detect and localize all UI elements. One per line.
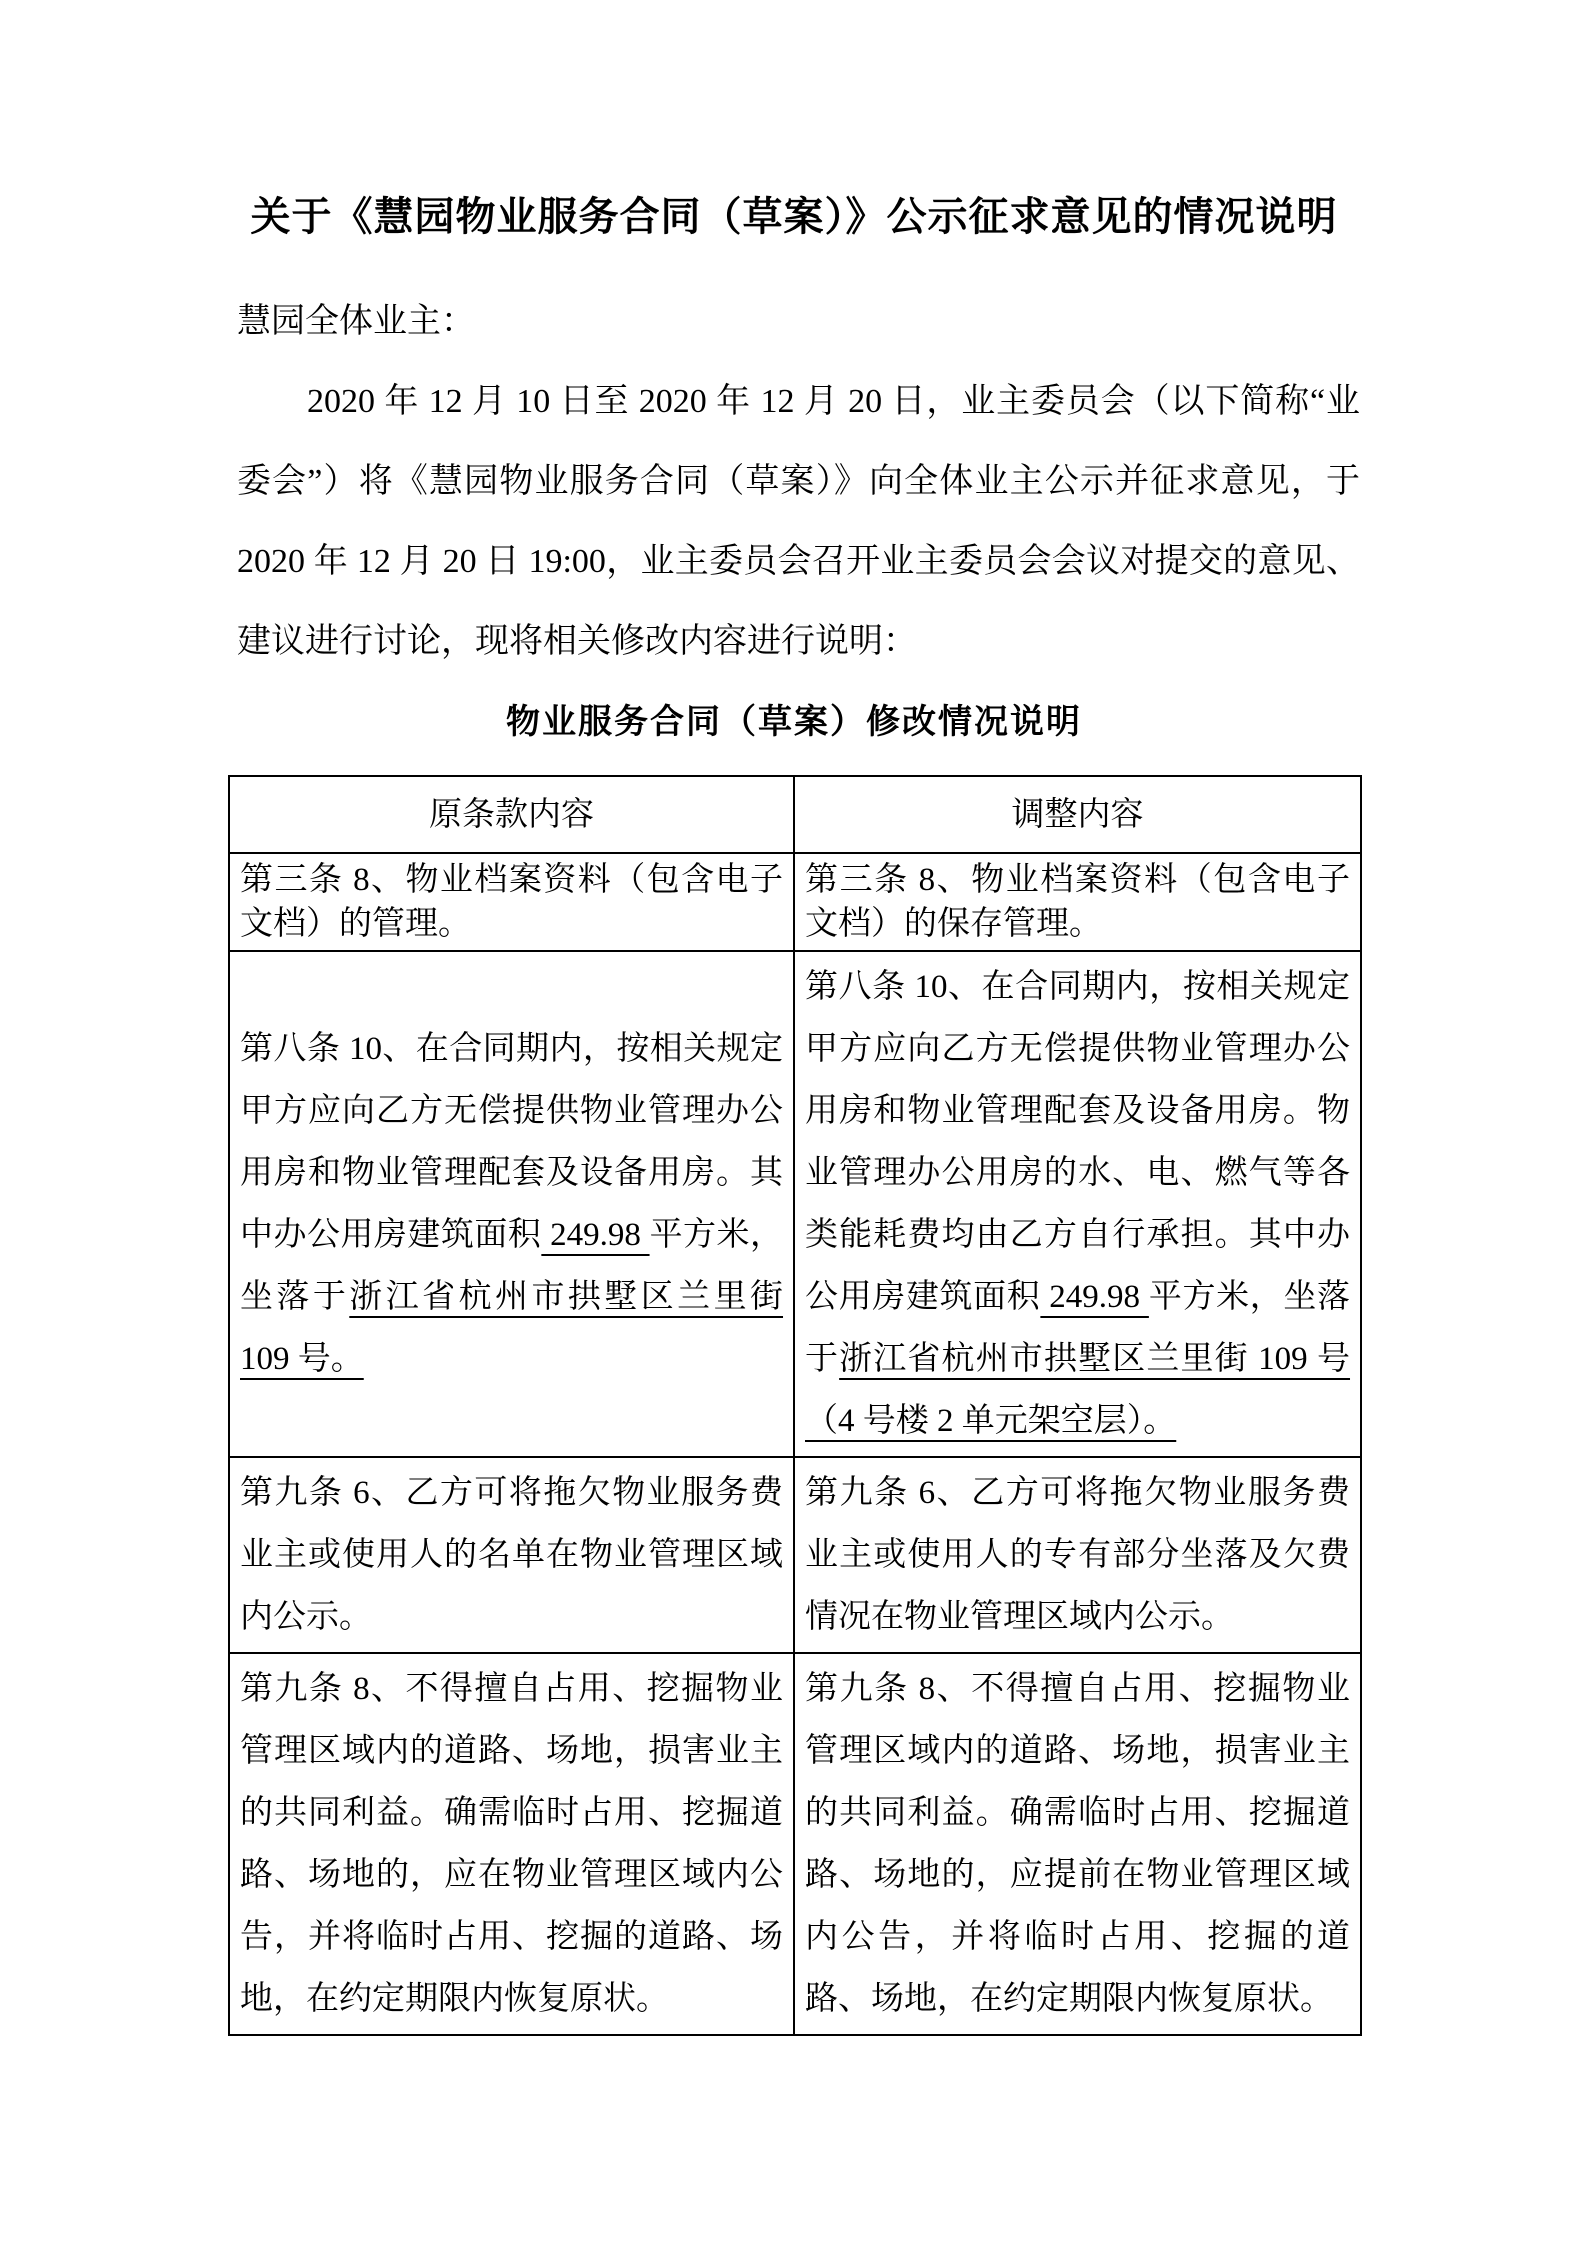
document-title: 关于《慧园物业服务合同（草案）》公示征求意见的情况说明 (228, 188, 1360, 246)
table-row: 第九条 6、乙方可将拖欠物业服务费业主或使用人的名单在物业管理区域内公示。第九条… (229, 1457, 1361, 1653)
cell-text: 第九条 8、不得擅自占用、挖掘物业管理区域内的道路、场地，损害业主的共同利益。确… (805, 1671, 1350, 2017)
underlined-text: 249.98 (1040, 1279, 1149, 1315)
table-cell-adjusted: 第八条 10、在合同期内，按相关规定甲方应向乙方无偿提供物业管理办公用房和物业管… (794, 951, 1361, 1457)
table-row: 第三条 8、物业档案资料（包含电子文档）的管理。第三条 8、物业档案资料（包含电… (229, 853, 1361, 951)
cell-text: 第九条 6、乙方可将拖欠物业服务费业主或使用人的名单在物业管理区域内公示。 (240, 1475, 783, 1635)
comparison-table: 原条款内容 调整内容 第三条 8、物业档案资料（包含电子文档）的管理。第三条 8… (228, 775, 1362, 2036)
table-cell-original: 第九条 8、不得擅自占用、挖掘物业管理区域内的道路、场地，损害业主的共同利益。确… (229, 1653, 794, 2035)
cell-text: 第九条 6、乙方可将拖欠物业服务费业主或使用人的专有部分坐落及欠费情况在物业管理… (805, 1475, 1350, 1635)
underlined-text: 249.98 (541, 1217, 649, 1253)
comparison-table-body: 第三条 8、物业档案资料（包含电子文档）的管理。第三条 8、物业档案资料（包含电… (229, 853, 1361, 2035)
underlined-text: 浙江省杭州市拱墅区兰里街 109 号（4 号楼 2 单元架空层）。 (805, 1341, 1350, 1439)
intro-paragraph: 2020 年 12 月 10 日至 2020 年 12 月 20 日，业主委员会… (237, 362, 1360, 682)
table-cell-original: 第三条 8、物业档案资料（包含电子文档）的管理。 (229, 853, 794, 951)
table-header-original: 原条款内容 (229, 776, 794, 853)
table-cell-adjusted: 第九条 6、乙方可将拖欠物业服务费业主或使用人的专有部分坐落及欠费情况在物业管理… (794, 1457, 1361, 1653)
cell-text: 第三条 8、物业档案资料（包含电子文档）的管理。 (240, 862, 783, 942)
table-cell-original: 第八条 10、在合同期内，按相关规定甲方应向乙方无偿提供物业管理办公用房和物业管… (229, 951, 794, 1457)
table-row: 第八条 10、在合同期内，按相关规定甲方应向乙方无偿提供物业管理办公用房和物业管… (229, 951, 1361, 1457)
cell-text: 第八条 10、在合同期内，按相关规定甲方应向乙方无偿提供物业管理办公用房和物业管… (805, 969, 1350, 1315)
table-cell-adjusted: 第九条 8、不得擅自占用、挖掘物业管理区域内的道路、场地，损害业主的共同利益。确… (794, 1653, 1361, 2035)
cell-text: 第九条 8、不得擅自占用、挖掘物业管理区域内的道路、场地，损害业主的共同利益。确… (240, 1671, 783, 2017)
document-page: 关于《慧园物业服务合同（草案）》公示征求意见的情况说明 慧园全体业主： 2020… (0, 0, 1587, 2245)
table-caption: 物业服务合同（草案）修改情况说明 (228, 683, 1360, 763)
table-row: 第九条 8、不得擅自占用、挖掘物业管理区域内的道路、场地，损害业主的共同利益。确… (229, 1653, 1361, 2035)
table-cell-adjusted: 第三条 8、物业档案资料（包含电子文档）的保存管理。 (794, 853, 1361, 951)
cell-text: 第三条 8、物业档案资料（包含电子文档）的保存管理。 (805, 862, 1350, 942)
salutation: 慧园全体业主： (237, 282, 1360, 362)
table-cell-original: 第九条 6、乙方可将拖欠物业服务费业主或使用人的名单在物业管理区域内公示。 (229, 1457, 794, 1653)
table-header-row: 原条款内容 调整内容 (229, 776, 1361, 853)
table-header-adjusted: 调整内容 (794, 776, 1361, 853)
